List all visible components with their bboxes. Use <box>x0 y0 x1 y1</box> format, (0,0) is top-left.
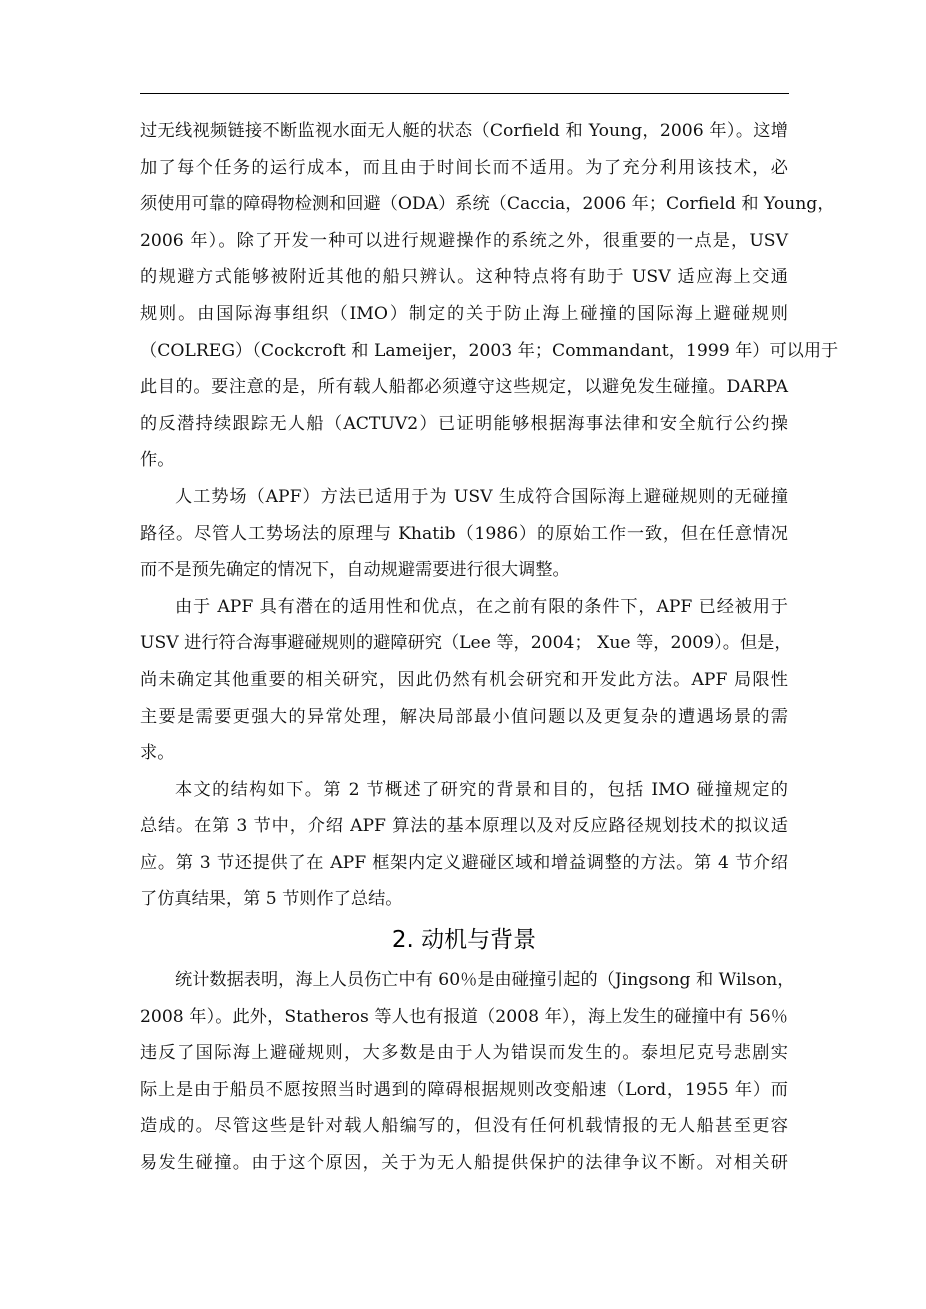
text-line: 总结。在第 3 节中，介绍 APF 算法的基本原理以及对反应路径规划技术的拟议适 <box>140 808 788 845</box>
text-line: 而不是预先确定的情况下，自动规避需要进行很大调整。 <box>140 552 788 589</box>
text-line: 此目的。要注意的是，所有载人船都必须遵守这些规定，以避免发生碰撞。DARPA <box>140 369 788 406</box>
text-line: 统计数据表明，海上人员伤亡中有 60％是由碰撞引起的（Jingsong 和 Wi… <box>140 962 788 999</box>
text-line: （COLREG）（Cockcroft 和 Lameijer，2003 年；Com… <box>140 333 788 370</box>
paragraph-p3: 由于 APF 具有潜在的适用性和优点，在之前有限的条件下，APF 已经被用于US… <box>140 589 788 772</box>
text-line: 的规避方式能够被附近其他的船只辨认。这种特点将有助于 USV 适应海上交通 <box>140 259 788 296</box>
paragraph-p4: 本文的结构如下。第 2 节概述了研究的背景和目的，包括 IMO 碰撞规定的总结。… <box>140 772 788 918</box>
text-line: 本文的结构如下。第 2 节概述了研究的背景和目的，包括 IMO 碰撞规定的 <box>140 772 788 809</box>
text-line: 求。 <box>140 735 788 772</box>
text-line: 规则。由国际海事组织（IMO）制定的关于防止海上碰撞的国际海上避碰规则 <box>140 296 788 333</box>
paragraph-p1: 过无线视频链接不断监视水面无人艇的状态（Corfield 和 Young，200… <box>140 113 788 479</box>
text-line: 过无线视频链接不断监视水面无人艇的状态（Corfield 和 Young，200… <box>140 113 788 150</box>
text-line: 易发生碰撞。由于这个原因，关于为无人船提供保护的法律争议不断。对相关研 <box>140 1145 788 1182</box>
text-line: 作。 <box>140 442 788 479</box>
text-line: 2008 年）。此外，Statheros 等人也有报道（2008 年），海上发生… <box>140 999 788 1036</box>
header-rule <box>140 93 789 94</box>
text-line: 了仿真结果，第 5 节则作了总结。 <box>140 881 788 918</box>
text-line: 加了每个任务的运行成本，而且由于时间长而不适用。为了充分利用该技术，必 <box>140 150 788 187</box>
text-line: 应。第 3 节还提供了在 APF 框架内定义避碰区域和增益调整的方法。第 4 节… <box>140 845 788 882</box>
text-line: 由于 APF 具有潜在的适用性和优点，在之前有限的条件下，APF 已经被用于 <box>140 589 788 626</box>
text-line: 际上是由于船员不愿按照当时遇到的障碍根据规则改变船速（Lord，1955 年）而 <box>140 1072 788 1109</box>
text-line: 违反了国际海上避碰规则，大多数是由于人为错误而发生的。泰坦尼克号悲剧实 <box>140 1035 788 1072</box>
text-line: 路径。尽管人工势场法的原理与 Khatib（1986）的原始工作一致，但在任意情… <box>140 516 788 553</box>
text-line: 人工势场（APF）方法已适用于为 USV 生成符合国际海上避碰规则的无碰撞 <box>140 479 788 516</box>
text-line: 主要是需要更强大的异常处理，解决局部最小值问题以及更复杂的遭遇场景的需 <box>140 699 788 736</box>
paragraph-p2: 人工势场（APF）方法已适用于为 USV 生成符合国际海上避碰规则的无碰撞路径。… <box>140 479 788 589</box>
text-line: USV 进行符合海事避碰规则的避障研究（Lee 等，2004； Xue 等，20… <box>140 625 788 662</box>
text-line: 须使用可靠的障碍物检测和回避（ODA）系统（Caccia，2006 年；Corf… <box>140 186 788 223</box>
text-line: 2006 年）。除了开发一种可以进行规避操作的系统之外，很重要的一点是，USV <box>140 223 788 260</box>
paragraph-p5: 统计数据表明，海上人员伤亡中有 60％是由碰撞引起的（Jingsong 和 Wi… <box>140 962 788 1182</box>
text-line: 的反潜持续跟踪无人船（ACTUV2）已证明能够根据海事法律和安全航行公约操 <box>140 406 788 443</box>
body-text-before-heading: 过无线视频链接不断监视水面无人艇的状态（Corfield 和 Young，200… <box>140 113 788 918</box>
section-heading: 2. 动机与背景 <box>140 918 788 962</box>
body-text-after-heading: 统计数据表明，海上人员伤亡中有 60％是由碰撞引起的（Jingsong 和 Wi… <box>140 962 788 1182</box>
page-body: 过无线视频链接不断监视水面无人艇的状态（Corfield 和 Young，200… <box>140 113 788 1182</box>
text-line: 尚未确定其他重要的相关研究，因此仍然有机会研究和开发此方法。APF 局限性 <box>140 662 788 699</box>
text-line: 造成的。尽管这些是针对载人船编写的，但没有任何机载情报的无人船甚至更容 <box>140 1108 788 1145</box>
